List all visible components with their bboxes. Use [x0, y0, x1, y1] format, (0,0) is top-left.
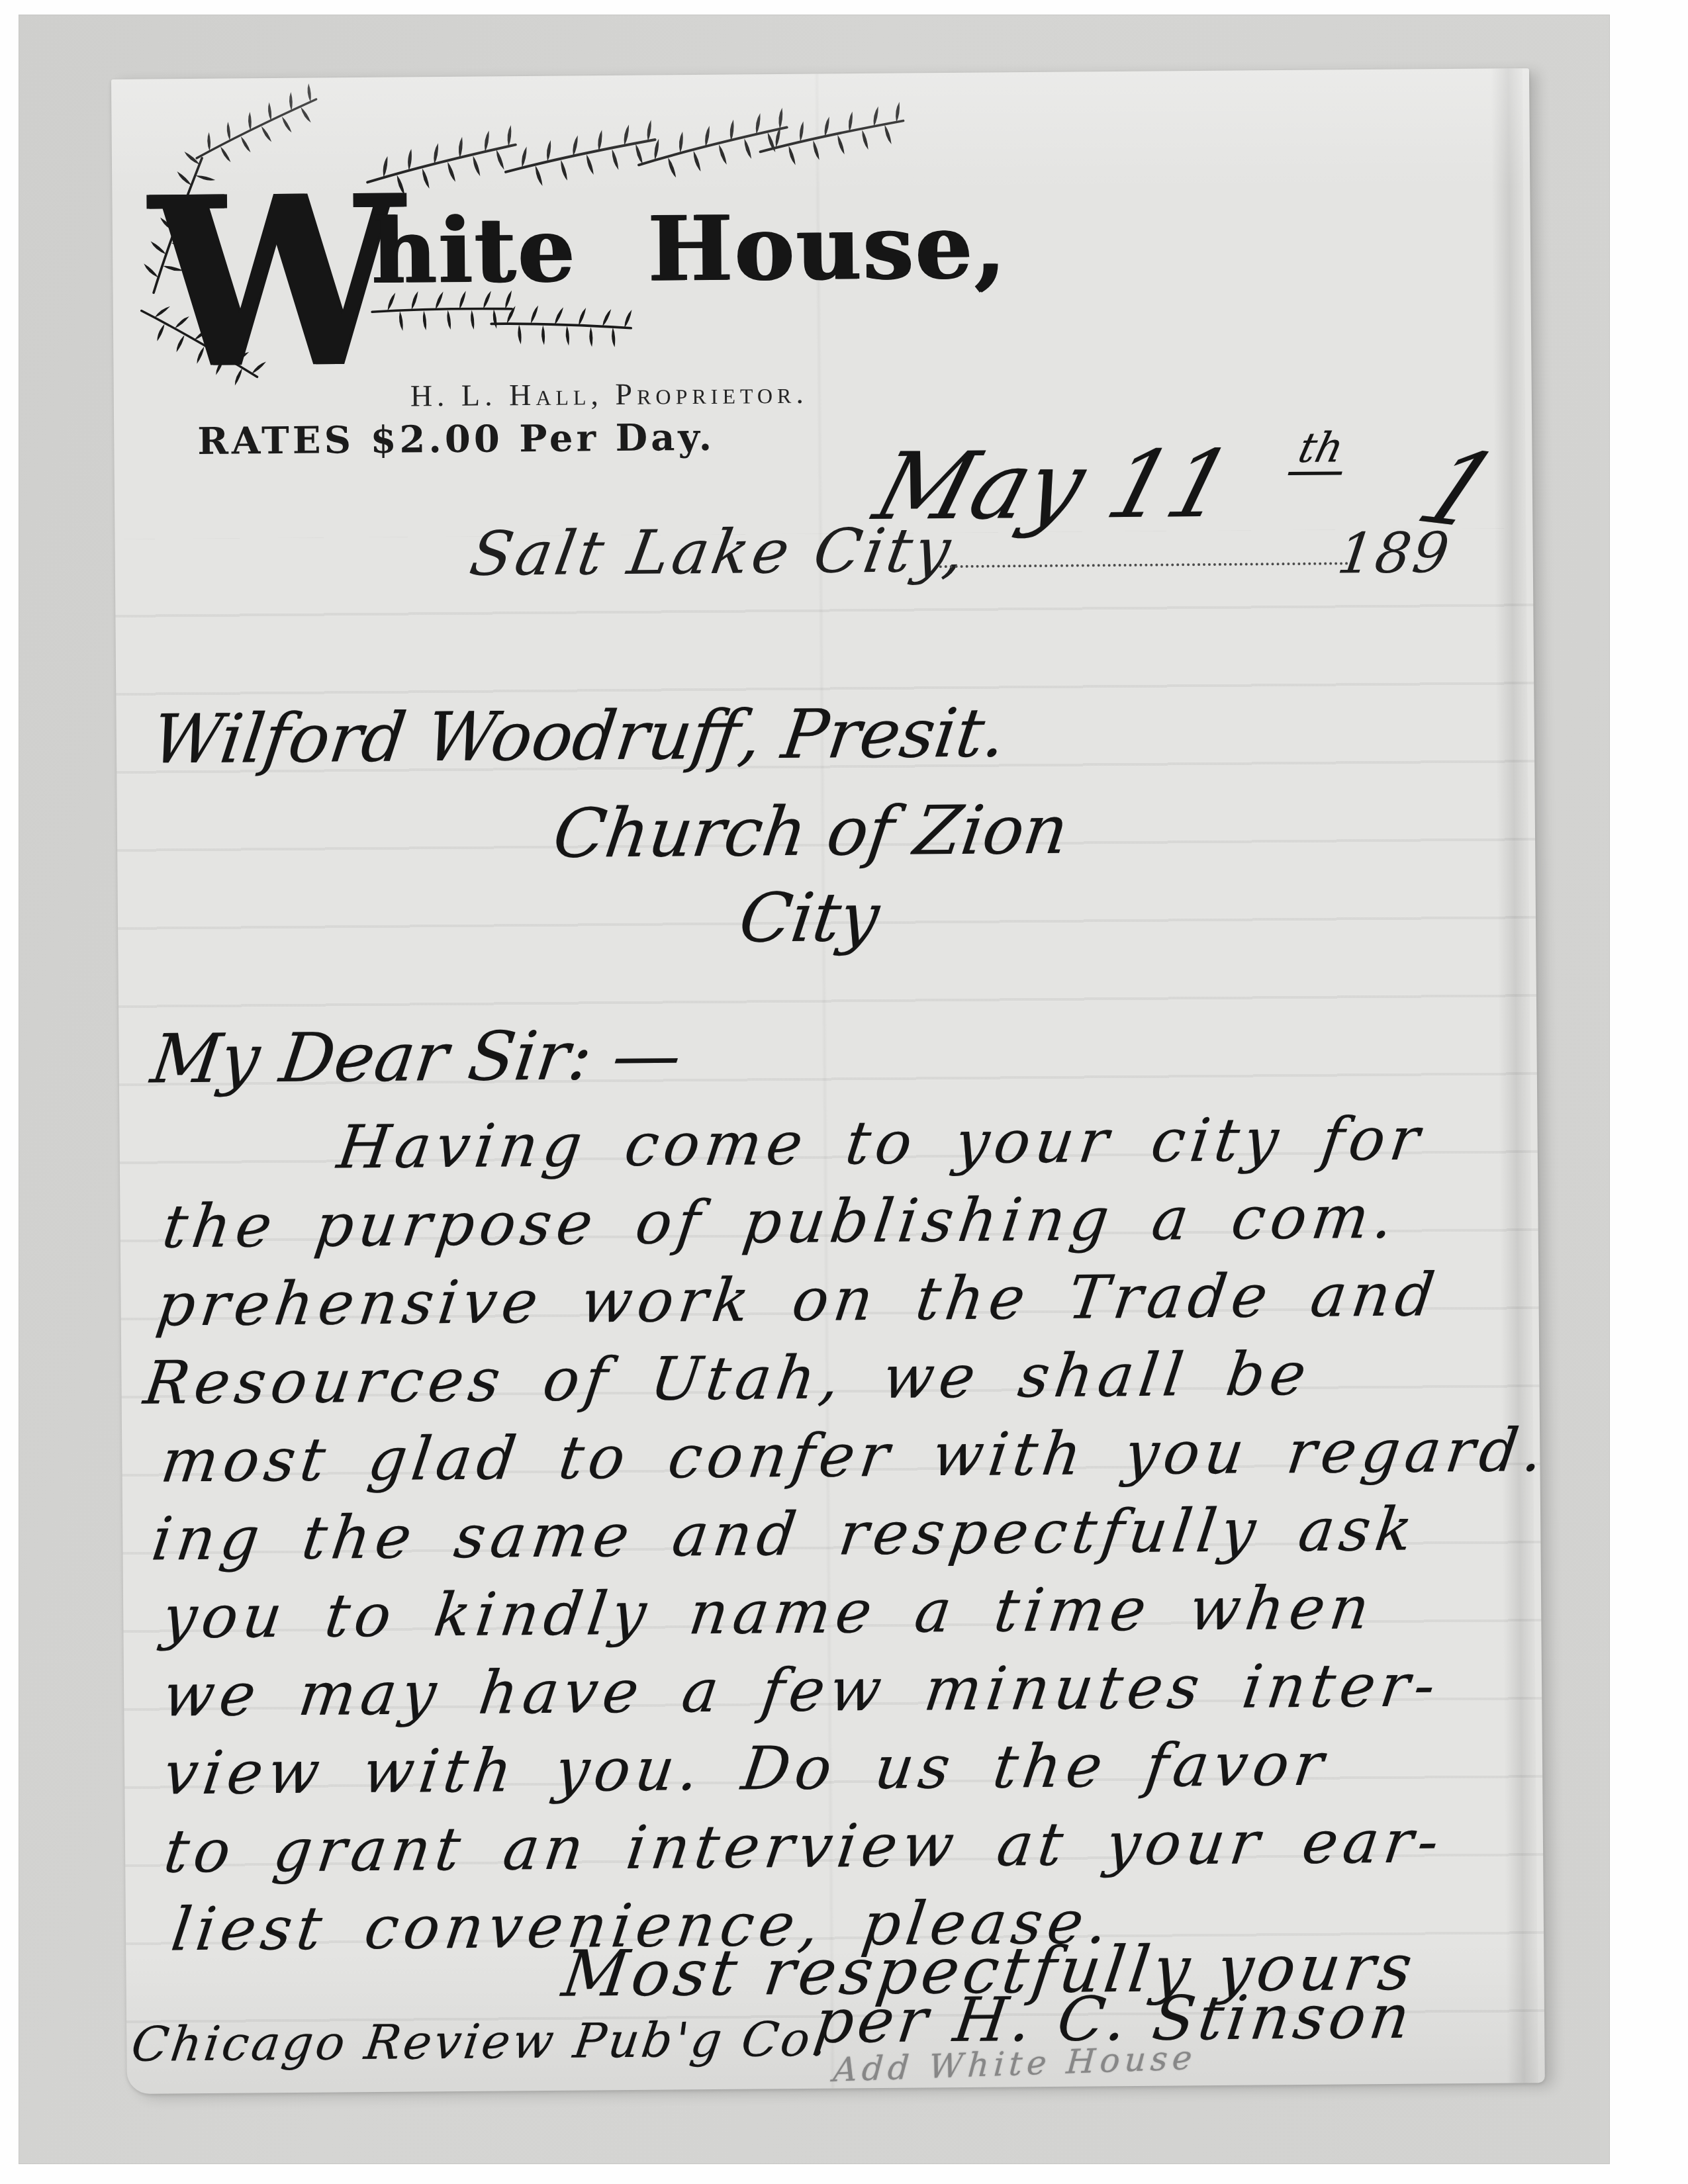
recipient-line-1: Wilford Woodruff, Presit. — [148, 698, 1010, 775]
scanned-letter-page: W hite House, H. L. Hall, Proprietor. RA… — [0, 0, 1688, 2184]
signature-company: Chicago Review Pub'g Co. — [128, 2015, 832, 2070]
body-line: you to kindly name a time when — [159, 1577, 1378, 1649]
body-line: Resources of Utah, we shall be — [140, 1343, 1315, 1415]
body-line: prehensive work on the Trade and — [153, 1264, 1443, 1337]
dateline-date-handwritten: May 11 — [865, 436, 1243, 536]
body-line: to grant an interview at your ear- — [161, 1811, 1448, 1884]
dateline-ordinal: th — [1288, 426, 1354, 475]
letter-paper: W hite House, H. L. Hall, Proprietor. RA… — [111, 68, 1545, 2094]
recipient-line-3: City — [735, 882, 883, 954]
letterhead-initial: W — [148, 165, 403, 402]
salutation: My Dear Sir: — — [148, 1020, 686, 1095]
rates-line: RATES $2.00 Per Day. — [197, 416, 715, 463]
dateline-dotted-rule — [939, 533, 1348, 568]
body-line: the purpose of publishing a com. — [159, 1187, 1402, 1259]
paper-fold-shadow — [1491, 68, 1538, 2083]
body-line: we may have a few minutes inter- — [160, 1655, 1444, 1727]
proprietor-line: H. L. Hall, Proprietor. — [410, 375, 808, 414]
body-line: most glad to confer with you regard. — [158, 1420, 1552, 1493]
body-line: Having come to your city for — [334, 1108, 1428, 1179]
letterhead-hotel-name: hite House, — [371, 201, 1007, 296]
body-line: ing the same and respectfully ask — [148, 1499, 1421, 1572]
body-line: view with you. Do us the favor — [160, 1734, 1333, 1805]
recipient-line-2: Church of Zion — [549, 795, 1072, 870]
dateline-year-handwritten: 1 — [1403, 435, 1513, 546]
